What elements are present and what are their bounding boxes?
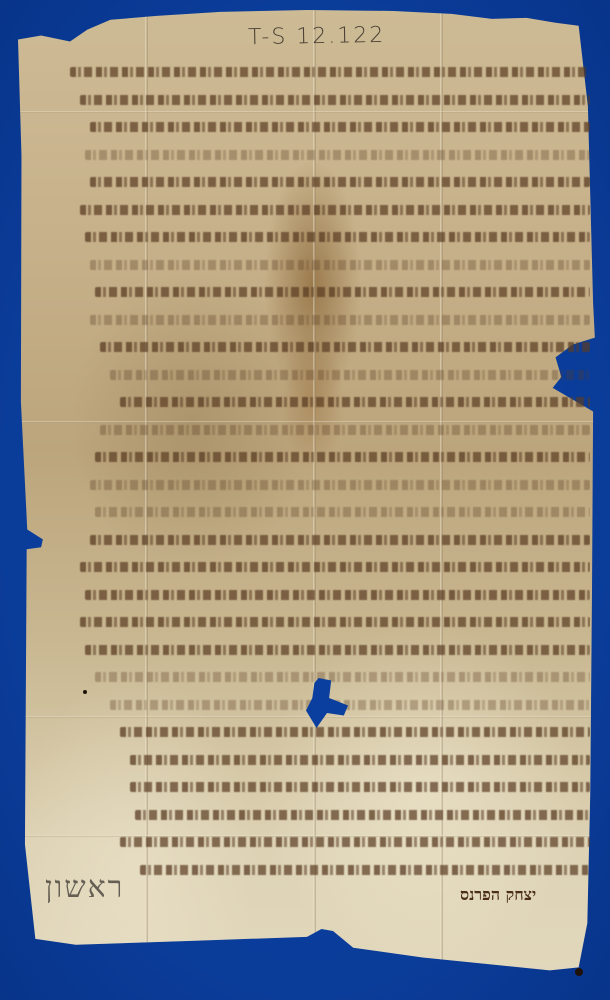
text-line xyxy=(40,526,590,551)
text-line xyxy=(40,361,590,386)
text-line xyxy=(40,168,590,193)
shelfmark-label: T-S 12.122 xyxy=(248,23,386,50)
text-line xyxy=(40,636,590,661)
text-line xyxy=(40,801,590,826)
text-line xyxy=(40,388,590,413)
ink-spot xyxy=(575,968,583,976)
text-line xyxy=(40,278,590,303)
text-line xyxy=(40,828,590,853)
scrawled-word: ראשון xyxy=(45,870,124,905)
text-line xyxy=(40,196,590,221)
text-line xyxy=(40,553,590,578)
text-line xyxy=(40,251,590,276)
ink-spot xyxy=(83,690,87,694)
text-line xyxy=(40,86,590,111)
text-line xyxy=(40,306,590,331)
text-line xyxy=(40,223,590,248)
text-line xyxy=(40,443,590,468)
text-line xyxy=(40,416,590,441)
text-line xyxy=(40,498,590,523)
text-line xyxy=(40,773,590,798)
text-line xyxy=(40,141,590,166)
text-line xyxy=(40,333,590,358)
text-line xyxy=(40,581,590,606)
manuscript-text xyxy=(40,58,590,883)
signature: יצחק הפרנס xyxy=(460,885,536,905)
text-line xyxy=(40,746,590,771)
text-line xyxy=(40,113,590,138)
text-line xyxy=(40,58,590,83)
text-line xyxy=(40,471,590,496)
text-line xyxy=(40,608,590,633)
